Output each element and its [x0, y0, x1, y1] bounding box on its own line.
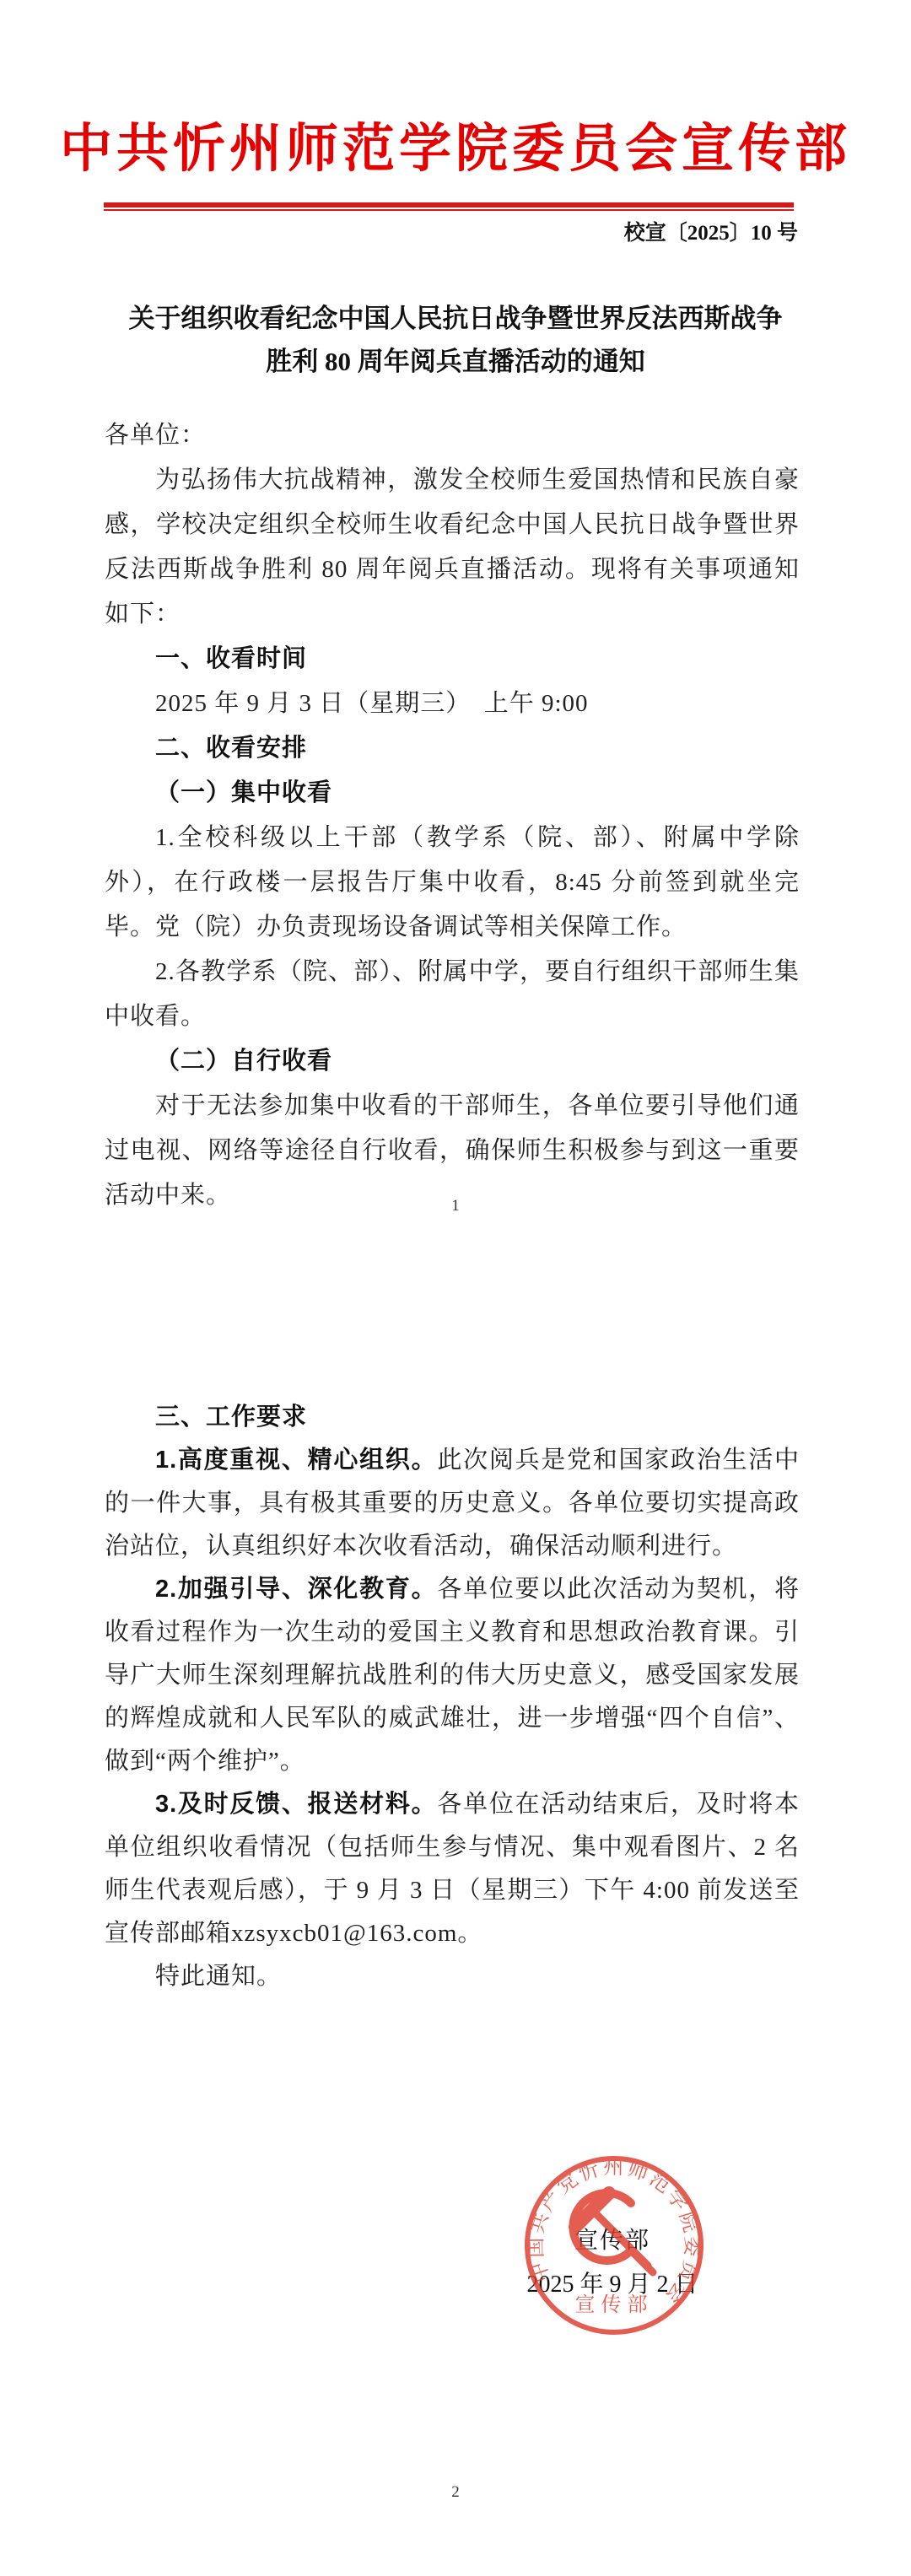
text-run: 2025 年 9 月 3 日（星期三） 上午 9:00 [155, 690, 589, 717]
notice-document: 中共忻州师范学院委员会宣传部 校宣〔2025〕10 号 关于组织收看纪念中国人民… [0, 0, 911, 2576]
text-run: 为弘扬伟大抗战精神，激发全校师生爱国热情和民族自豪感，学校决定组织全校师生收看纪… [105, 466, 800, 628]
bold-run: （一）集中收看 [155, 779, 332, 806]
subsection-heading: （一）集中收看 [105, 771, 800, 816]
bold-run: 二、收看安排 [155, 735, 307, 762]
divider-thin-line [104, 209, 794, 211]
page2-body: 三、工作要求1.高度重视、精心组织。此次阅兵是党和国家政治生活中的一件大事，具有… [105, 1396, 800, 1998]
bold-run: 3.及时反馈、报送材料。 [155, 1791, 437, 1818]
doc-paragraph: 3.及时反馈、报送材料。各单位在活动结束后，及时将本单位组织收看情况（包括师生参… [105, 1783, 800, 1955]
page-number-1: 1 [0, 1197, 911, 1215]
doc-paragraph: 2.加强引导、深化教育。各单位要以此次活动为契机，将收看过程作为一次生动的爱国主… [105, 1568, 800, 1783]
doc-paragraph: 1.全校科级以上干部（教学系（院、部）、附属中学除外），在行政楼一层报告厅集中收… [105, 816, 800, 950]
doc-paragraph: 特此通知。 [105, 1955, 800, 1998]
doc-paragraph: 为弘扬伟大抗战精神，激发全校师生爱国热情和民族自豪感，学校决定组织全校师生收看纪… [105, 458, 800, 637]
doc-paragraph: 1.高度重视、精心组织。此次阅兵是党和国家政治生活中的一件大事，具有极其重要的历… [105, 1439, 800, 1568]
document-title: 关于组织收看纪念中国人民抗日战争暨世界反法西斯战争 胜利 80 周年阅兵直播活动… [0, 297, 911, 383]
doc-paragraph: 2.各教学系（院、部）、附属中学，要自行组织干部师生集中收看。 [105, 950, 800, 1039]
bold-run: （二）自行收看 [155, 1048, 332, 1075]
salutation: 各单位： [105, 413, 800, 458]
page1-body: 各单位：为弘扬伟大抗战精神，激发全校师生爱国热情和民族自豪感，学校决定组织全校师… [105, 413, 800, 1218]
red-header-org-title: 中共忻州师范学院委员会宣传部 [0, 121, 911, 177]
hammer-sickle-icon [573, 2193, 653, 2272]
bold-run: 三、工作要求 [155, 1404, 307, 1431]
bold-run: 2.加强引导、深化教育。 [155, 1576, 437, 1603]
text-run: 特此通知。 [155, 1963, 282, 1990]
page-number-2: 2 [0, 2483, 911, 2502]
text-run: 对于无法参加集中收看的干部师生，各单位要引导他们通过电视、网络等途径自行收看，确… [105, 1092, 800, 1209]
bold-run: 一、收看时间 [155, 645, 307, 672]
bold-run: 1.高度重视、精心组织。 [155, 1447, 437, 1474]
text-run: 各单位： [105, 422, 206, 449]
official-seal: 中国共产党忻州师范学院委员会 宣传部 [521, 2153, 707, 2338]
red-header-divider [104, 202, 794, 211]
document-title-line2: 胜利 80 周年阅兵直播活动的通知 [0, 340, 911, 383]
text-run: 2.各教学系（院、部）、附属中学，要自行组织干部师生集中收看。 [105, 958, 800, 1030]
section-heading: 二、收看安排 [105, 726, 800, 771]
document-title-line1: 关于组织收看纪念中国人民抗日战争暨世界反法西斯战争 [0, 297, 911, 340]
subsection-heading: （二）自行收看 [105, 1039, 800, 1084]
text-run: 1.全校科级以上干部（教学系（院、部）、附属中学除外），在行政楼一层报告厅集中收… [105, 824, 800, 940]
doc-paragraph: 2025 年 9 月 3 日（星期三） 上午 9:00 [105, 682, 800, 726]
seal-bottom-text: 宣传部 [575, 2293, 654, 2316]
section-heading: 三、工作要求 [105, 1396, 800, 1439]
text-run: 各单位要以此次活动为契机，将收看过程作为一次生动的爱国主义教育和思想政治教育课。… [105, 1576, 800, 1775]
section-heading: 一、收看时间 [105, 637, 800, 682]
document-number: 校宣〔2025〕10 号 [624, 220, 798, 247]
